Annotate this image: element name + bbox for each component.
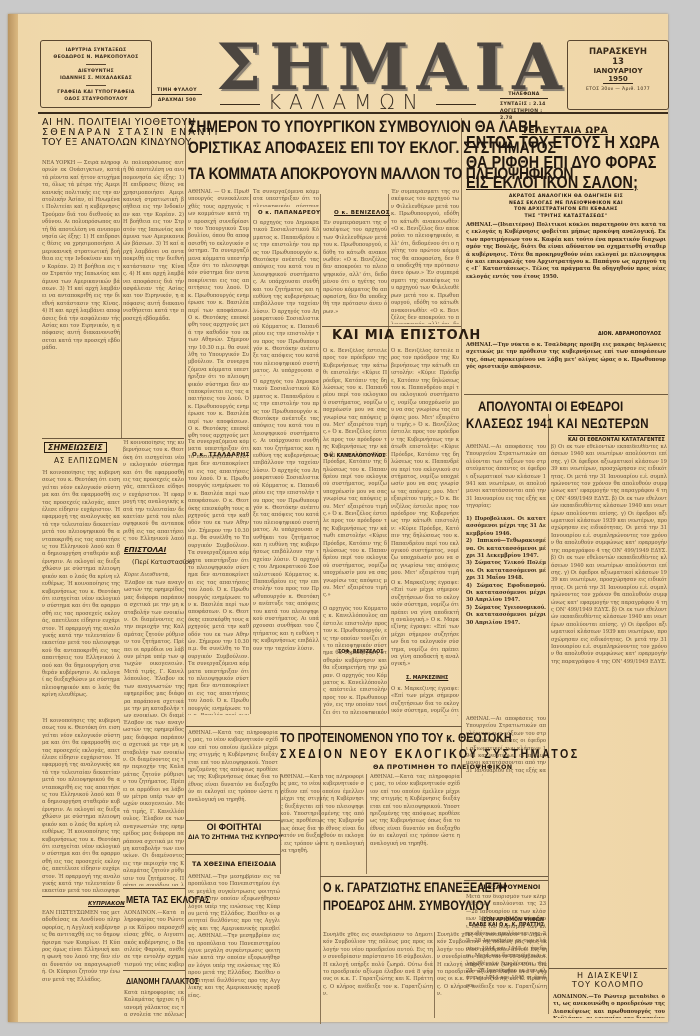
offices-label: ΓΡΑΦΕΙΑ ΚΑΙ ΤΥΠΟΓΡΑΦΕΙΑ [41, 89, 151, 96]
letter-one-headline: ΚΑΙ ΜΙΑ ΕΠΙΣΤΟΛΗ [332, 328, 481, 343]
letters-salutation: Κύριε Διευθυντά, [124, 572, 184, 579]
cabinet-body-continued: Τα συνεργαζόμενα κόμματα υπεστήριξαν ότι… [188, 439, 249, 715]
section-rule [322, 326, 461, 327]
reservists-body-lower: ΑΘΗΝΑΙ.—Αι αποφάσεις του Υπουργείου Στρα… [466, 716, 546, 776]
reservists-item: 2) Ιππικού—Τεθωρακισμένα. Οι κατατασσόμε… [466, 538, 546, 560]
usa-body-continued: Αι πολυπρόσωπος αυτή θά αποτελέση να ανυ… [123, 160, 184, 436]
column-divider [320, 194, 321, 1024]
proposal-intro: ΑΘΗΝΑΙ.—Κατά τας πληροφορίας μας, το νέο… [188, 730, 278, 814]
director-label: ΔΙΕΥΘΥΝΤΗΣ [41, 68, 151, 75]
date-day: 13 [568, 57, 668, 67]
garatziotis-body: Συνήλθε χθές εις συνεδρίασιν το Δημοτικό… [323, 932, 433, 1016]
offices-address: ΟΔΟΣ ΣΤΑΥΡΟΠΟΥΛΟΥ [41, 96, 151, 103]
letter-one-body-continued: Ό κ. Βενιζέλος έστειλε προς τον πρόεδρον… [391, 348, 459, 578]
late-news-headline-line2: ΘΑ ΡΙΦΘΗ ΕΠΙ ΔΥΟ ΦΟΡΑΣ [466, 152, 657, 173]
letters-body-lower: Έλαβον εκ των αναγνωστών της εφημερίδος … [123, 720, 184, 886]
students-deck: ΤΑ ΧΘΕΣΙΝΑ ΕΠΕΙΣΟΔΙΑ [192, 860, 276, 868]
column-divider [280, 774, 281, 874]
column-divider [121, 168, 122, 438]
kanellopoulos-section: Ο κ. ΚΑΝΕΛΛΟΠΟΥΛΟΣ [324, 454, 386, 459]
late-news-headline-line1: ΕΝΤΟΣ ΤΟΥ ΕΤΟΥΣ Η ΧΩΡΑ [466, 132, 660, 153]
notes-body-continued: Ή κοινοποίησις της κυβερνήσεως του κ. Θε… [123, 440, 184, 542]
venizelos-body-continued: Έν συμπεράσματι της συσκέψεως του αρχηγο… [391, 189, 459, 324]
reservists-deck: ΚΑΙ ΟΙ ΕΘΕΛΟΝΤΑΙ ΚΑΤΑΤΑΓΕΝΤΕΣ [568, 435, 665, 443]
reservists-body-continued: β) Οι εκ των εθελοντών εκπαιδευθέντες κλ… [551, 444, 667, 864]
masthead-subtitle: ΚΑΛΑΜΩΝ [268, 90, 426, 114]
issue-number: ΕΤΟΣ 30ον — Άριθ. 1077 [568, 86, 668, 93]
late-news-headline-line3: ΕΙΣ ΕΚΛΟΓΙΚΟΝ ΣΑΛΟΝ; [466, 172, 638, 193]
section-rule [186, 854, 280, 855]
proposal-body: ΑΘΗΝΑΙ.—Κατά τας πληροφορίας μας, το νέο… [280, 774, 364, 874]
section-rule [549, 968, 667, 969]
section-rule [186, 726, 462, 727]
section-rule [464, 880, 548, 881]
column-divider [250, 194, 251, 714]
price-label: ΤΙΜΗ ΦΥΛΛΟΥ [152, 87, 202, 95]
column-divider [388, 194, 389, 714]
cabinet-body: ΑΘΗΝΑΙ. — Ό κ. Πρωθυπουργός συνεκάλεσε χ… [188, 189, 249, 439]
reservists-headline-line1: ΑΠΟΛΥΟΝΤΑΙ ΟΙ ΕΦΕΔΡΟΙ [478, 398, 623, 414]
reservists-item: 5) Σώματος Υγειονομικού. Οι κατατασσόμεν… [466, 605, 546, 627]
cyprus-note-body: ΕΑΝ ΠΙΣΤΕΥΣΩΜΕΝ τας μεταδοθείσας εκ Λονδ… [42, 910, 120, 1012]
date-box: ΠΑΡΑΣΚΕΥΗ 13 ΙΑΝΟΥΑΡΙΟΥ 1950 ΕΤΟΣ 30ον —… [567, 40, 669, 110]
reservists-item: 1) Πυροβολικοί. Οι κατατασσόμενοι μέχρι … [466, 516, 546, 538]
notes-body: Ή κοινοποίησις της κυβερνήσεως του κ. Θε… [42, 470, 120, 716]
letters-body: Έλαβον εκ των αναγνωστών της εφημερίδος … [124, 580, 184, 720]
exempt-body: Μετά τον διορισμόν των κληρωθέντων απολύ… [466, 894, 546, 1016]
letter-one-body: Ό κ. Βενιζέλος έστειλε προς τον πρόεδρον… [323, 348, 387, 604]
phone-editorial: ΣΥΝΤΑΞΙΣ : 2.14 [500, 101, 548, 108]
reservists-item: 4) Σώματος Εφοδιασμού. Οι κατατασσόμενοι… [466, 583, 546, 605]
founder-label: ΙΔΡΥΤΡΙΑ ΣΥΝΤΑΞΕΩΣ [41, 47, 151, 54]
column-divider [461, 118, 462, 778]
reservists-body: ΑΘΗΝΑΙ.—Αι αποφάσεις του Υπουργείου Στρα… [466, 444, 546, 514]
date-month: ΙΑΝΟΥΑΡΙΟΥ [568, 67, 668, 75]
publisher-box: ΙΔΡΥΤΡΙΑ ΣΥΝΤΑΞΕΩΣ ΘΕΟΔΩΡΟΣ Ν. ΜΑΡΚΟΠΟΥΛ… [40, 40, 152, 108]
usa-dateline: ΝΕΑ ΥΟΡΚΗ — Σειρά πληροφοριών εκ Ουάσιγκ… [42, 160, 120, 434]
late-news-body: ΑΘΗΝΑΙ.—(Ιδιαιτέρου) Πολιτικοί κύκλοι πα… [466, 222, 666, 330]
after-elections-body: ΛΟΝΔΙΝΟΝ.—Κατά πληροφορίας του Ρώυτερ εκ… [124, 910, 184, 968]
subtitle-rule-right [436, 104, 476, 105]
notes-section-label: ΣΗΜΕΙΩΣΕΙΣ [44, 442, 107, 453]
column-divider [434, 932, 435, 1018]
letters-subtitle: (Περί Καταστασίου) [132, 559, 195, 566]
phones-label: ΤΗΛΕΦΩΝΑ [500, 91, 548, 99]
students-headline: ΟΙ ΦΟΙΤΗΤΑΙ ΔΙΑ ΤΟ ΖΗΤΗΜΑ ΤΗΣ ΚΥΠΡΟΥ [188, 822, 280, 841]
markezinis-body-lower: Ο κ. Μαρκεζίνης έγραψε: «Επί των μέχρι σ… [391, 686, 459, 716]
notes-body-lower: Ή κοινοποίησις της κυβερνήσεως του κ. Θε… [42, 718, 120, 894]
reservists-headline-line2: ΚΛΑΣΕΩΣ 1941 ΚΑΙ ΝΕΩΤΕΡΩΝ [466, 415, 649, 431]
colombo-headline: Η ΔΙΑΣΚΕΨΙΣ ΤΟΥ ΚΟΛΟΜΠΟ [549, 971, 667, 989]
tsaldaris-section: Ο κ. ΤΣΑΛΔΑΡΗΣ [192, 452, 250, 458]
section-rule [186, 820, 280, 821]
section-rule [123, 888, 185, 889]
section-rule [464, 394, 668, 395]
reservists-item: 3) Σώματος Υλικού Πολέμου. Οι κατατασσόμ… [466, 560, 546, 582]
founder-name: ΘΕΟΔΩΡΟΣ Ν. ΜΑΡΚΟΠΟΥΛΟΣ [41, 54, 151, 61]
venizelos-body: Έν συμπεράσματι της συσκέψεως του αρχηγο… [323, 220, 387, 324]
column-divider [366, 774, 367, 874]
section-rule [42, 438, 184, 439]
cyprus-note-label: ΚΥΠΡΙΑΚΟΝ [88, 901, 125, 907]
kanellopoulos-body: Ο αρχηγός του Κόμματος κ. Κανελλόπουλος … [323, 606, 387, 714]
price-value: ΔΡΑΧΜΑΙ 500 [152, 97, 202, 104]
late-news-body-2: ΑΘΗΝΑΙ.—Την νύκτα ο κ. Τσαλδάρης προέβη … [466, 342, 666, 390]
papandreou-body: Ό αρχηγός του Δημοκρατικού Σοσιαλιστικού… [253, 220, 319, 376]
reservists-list: 1) Πυροβολικοί. Οι κατατασσόμενοι μέχρι … [466, 516, 546, 716]
notes-title: ΑΣ ΕΛΠΙΣΩΜΕΝ [54, 456, 118, 465]
papandreou-body-continued: Ό αρχηγός του Δημοκρατικού Σοσιαλιστικού… [253, 379, 319, 714]
late-news-deck: ΑΚΡΑΤΟΣ ΑΝΑΛΟΓΙΚΗ ΘΑ ΟΔΗΓΗΣΗ ΕΙΣ ΝΕΑΣ ΕΚ… [466, 194, 666, 220]
late-news-byline: ΔΙΟΝ. ΑΒΡΑΜΟΠΟΥΛΟΣ [598, 332, 661, 337]
exempt-section: ΟΙ ΕΞΑΙΡΟΥΜΕΝΟΙ [478, 884, 540, 891]
date-year: 1950 [603, 75, 633, 84]
page-spine [8, 14, 18, 1022]
venizelos-section: Ο κ. ΒΕΝΙΖΕΛΟΣ [334, 210, 390, 216]
date-weekday: ΠΑΡΑΣΚΕΥΗ [568, 47, 668, 57]
price-block: ΤΙΜΗ ΦΥΛΛΟΥ ΔΡΑΧΜΑΙ 500 [152, 87, 202, 104]
subtitle-rule-left [220, 104, 260, 105]
letters-section-label: ΕΠΙΣΤΟΛΑΙ [124, 546, 166, 554]
director-name: ΙΩΑΝΝΗΣ Σ. ΜΙΧΑΛΑΚΕΑΣ [41, 75, 151, 82]
proposal-body-continued: ΑΘΗΝΑΙ.—Κατά τας πληροφορίας μας, το νέο… [370, 774, 460, 874]
students-body: ΑΘΗΝΑΙ.—Την μεσημβρίαν εις τα προπύλαια … [188, 874, 280, 1014]
markezinis-section: Σ. ΜΑΡΚΕΖΙΝΗΣ [406, 676, 448, 681]
section-rule [42, 896, 120, 897]
colombo-body: ΛΟΝΔΙΝΟΝ.—Τό Ρώυτερ μεταδίδει ότι, ως αν… [553, 994, 665, 1018]
column-divider [185, 118, 186, 1018]
masthead-rule [38, 112, 668, 114]
column-divider [548, 414, 549, 1014]
section-rule [320, 876, 548, 877]
papandreou-section: Ο κ. ΠΑΠΑΝΔΡΕΟΥ [258, 210, 320, 216]
markezinis-body: Ο κ. Μαρκεζίνης έγραψε: «Επί των μέχρι σ… [391, 580, 459, 674]
milk-body: Κατά πληροφορίας εκ Καλαμάτας ήρχισε η δ… [124, 990, 184, 1016]
cabinet-quote-end: Τα συνεργαζόμενα κόμματα υπεστήριξαν ότι… [253, 189, 319, 207]
section-rule [123, 970, 185, 971]
newspaper-page: ΙΔΡΥΤΡΙΑ ΣΥΝΤΑΞΕΩΣ ΘΕΟΔΩΡΟΣ Ν. ΜΑΡΚΟΠΟΥΛ… [8, 14, 668, 1022]
